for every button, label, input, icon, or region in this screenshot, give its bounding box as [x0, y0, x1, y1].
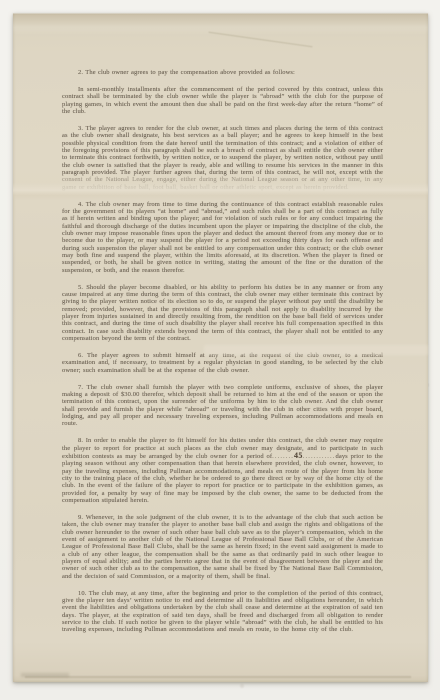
clause-2-intro: 2. The club owner agrees to pay the comp…	[62, 69, 383, 76]
clause-6: 6. The player agrees to submit himself a…	[62, 352, 383, 374]
clause-8-text-after: days prior to the playing season without…	[62, 453, 383, 504]
clause-3: 3. The player agrees to render for the c…	[62, 125, 383, 191]
fold-mark-top	[208, 32, 312, 48]
fold-crease-bottom	[25, 676, 411, 678]
pencil-smudge	[21, 673, 69, 677]
clause-3-text: 3. The player agrees to render for the c…	[62, 125, 383, 176]
clause-5: 5. Should the player become disabled, or…	[62, 284, 383, 343]
clause-4: 4. The club owner may from time to time …	[62, 201, 383, 274]
clause-8: 8. In order to enable the player to fit …	[62, 437, 383, 504]
contract-text: 2. The club owner agrees to pay the comp…	[62, 69, 383, 643]
fold-crease-top	[13, 13, 428, 35]
clause-9: 9. Whenever, in the sole judgment of the…	[62, 514, 383, 580]
clause-3-faded-line: consent of the National League, engage, …	[62, 176, 383, 183]
scan-background: 2. The club owner agrees to pay the comp…	[0, 0, 440, 700]
clause-8-dotted-leader: ........	[272, 453, 294, 460]
clause-3-crease-line: game or exhibition of base ball, foot ba…	[62, 184, 349, 191]
contract-page: 2. The club owner agrees to pay the comp…	[13, 13, 428, 682]
clause-2-body: In semi-monthly installments after the c…	[62, 86, 383, 115]
clause-7: 7. The club owner shall furnish the play…	[62, 384, 383, 428]
clause-8-days-fill: 45	[294, 451, 303, 460]
clause-10: 10. The club may, at any time, after the…	[62, 590, 383, 634]
clause-8-dotted-leader-2: ............	[303, 453, 336, 460]
